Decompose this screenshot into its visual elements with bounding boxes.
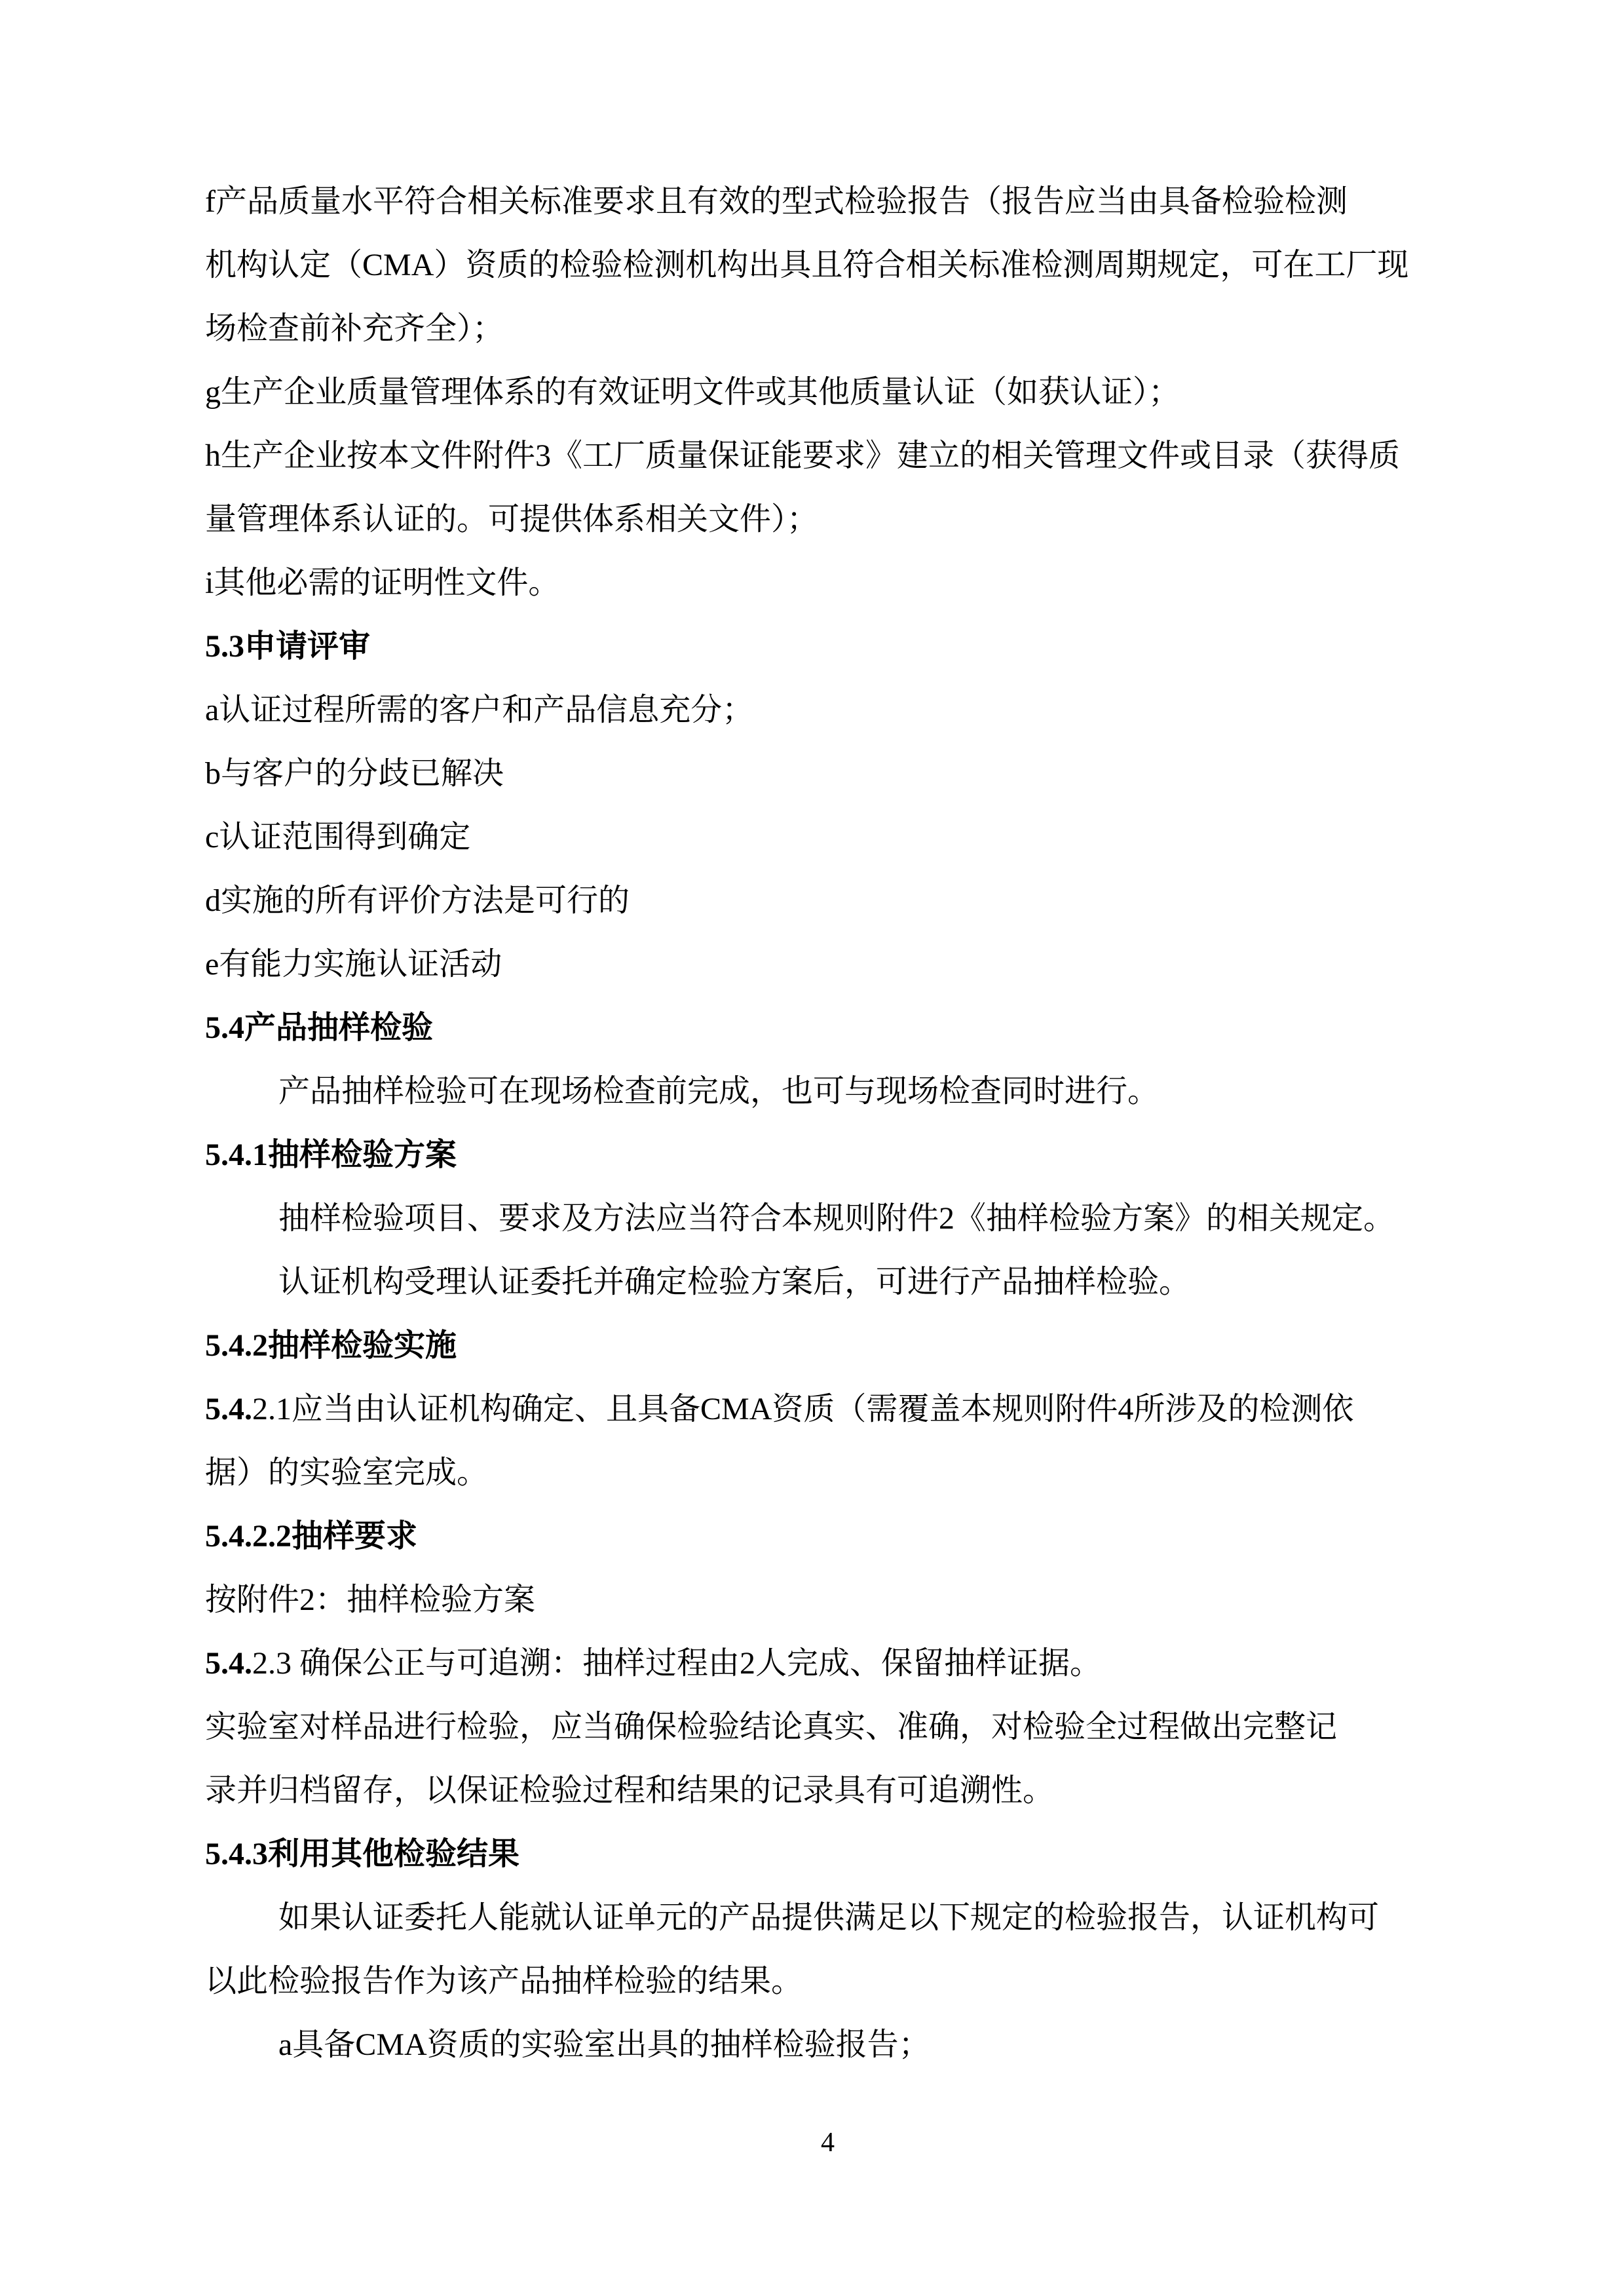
section-number-prefix: 5.4. [205,1392,252,1426]
text-line: 量管理体系认证的。可提供体系相关文件）； [205,488,1427,551]
text-line: a认证过程所需的客户和产品信息充分； [205,678,1427,742]
text-line: 5.4.2.3 确保公正与可追溯：抽样过程由2人完成、保留抽样证据。 [205,1632,1427,1695]
text-line: 认证机构受理认证委托并确定检验方案后，可进行产品抽样检验。 [205,1250,1427,1314]
text-line: 以此检验报告作为该产品抽样检验的结果。 [205,1949,1427,2013]
text-line: 抽样检验项目、要求及方法应当符合本规则附件2《抽样检验方案》的相关规定。 [205,1187,1427,1250]
page-number: 4 [821,2124,835,2161]
text-line: 机构认定（CMA）资质的检验检测机构出具且符合相关标准检测周期规定，可在工厂现 [205,233,1427,297]
text-line: 按附件2：抽样检验方案 [205,1568,1427,1632]
text-line: 产品抽样检验可在现场检查前完成，也可与现场检查同时进行。 [205,1060,1427,1123]
text-line: f产品质量水平符合相关标准要求且有效的型式检验报告（报告应当由具备检验检测 [205,170,1427,233]
text-line: i其他必需的证明性文件。 [205,551,1427,615]
text-line: 实验室对样品进行检验，应当确保检验结论真实、准确，对检验全过程做出完整记 [205,1695,1427,1759]
text-line: 录并归档留存，以保证检验过程和结果的记录具有可追溯性。 [205,1759,1427,1822]
text-line: 场检查前补充齐全）； [205,297,1427,360]
text-line: g生产企业质量管理体系的有效证明文件或其他质量认证（如获认证）； [205,360,1427,424]
section-heading: 5.4.1抽样检验方案 [205,1123,1427,1187]
page-footer: 4 [0,2124,1624,2161]
text-line: 5.4.2.1应当由认证机构确定、且具备CMA资质（需覆盖本规则附件4所涉及的检… [205,1377,1427,1441]
text-line: a具备CMA资质的实验室出具的抽样检验报告； [205,2013,1427,2076]
document-page: f产品质量水平符合相关标准要求且有效的型式检验报告（报告应当由具备检验检测机构认… [0,0,1624,2296]
text-line: c认证范围得到确定 [205,805,1427,869]
document-content: f产品质量水平符合相关标准要求且有效的型式检验报告（报告应当由具备检验检测机构认… [205,170,1427,2076]
text-line-rest: 2.3 确保公正与可追溯：抽样过程由2人完成、保留抽样证据。 [252,1646,1101,1681]
text-line: 据）的实验室完成。 [205,1441,1427,1504]
section-number-prefix: 5.4. [205,1646,252,1681]
section-heading: 5.4.2.2抽样要求 [205,1504,1427,1568]
section-heading: 5.3申请评审 [205,615,1427,678]
section-heading: 5.4.2抽样检验实施 [205,1314,1427,1377]
section-heading: 5.4.3利用其他检验结果 [205,1822,1427,1886]
text-line: e有能力实施认证活动 [205,932,1427,996]
text-line: d实施的所有评价方法是可行的 [205,869,1427,932]
text-line: h生产企业按本文件附件3《工厂质量保证能要求》建立的相关管理文件或目录（获得质 [205,424,1427,488]
text-line-rest: 2.1应当由认证机构确定、且具备CMA资质（需覆盖本规则附件4所涉及的检测依 [252,1392,1353,1426]
text-line: b与客户的分歧已解决 [205,742,1427,805]
section-heading: 5.4产品抽样检验 [205,996,1427,1060]
text-line: 如果认证委托人能就认证单元的产品提供满足以下规定的检验报告，认证机构可 [205,1886,1427,1949]
